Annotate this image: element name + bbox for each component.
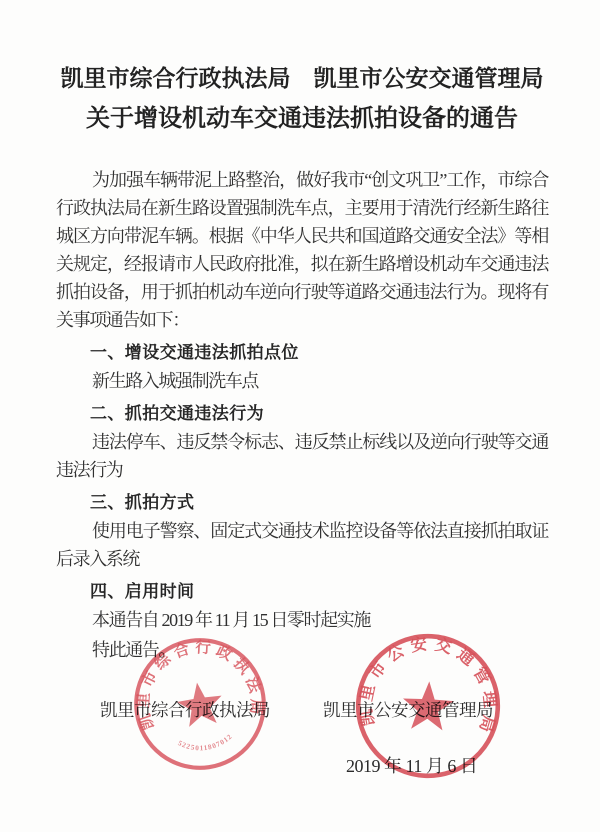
document-title-subject: 关于增设机动车交通违法抓拍设备的通告: [56, 102, 548, 136]
section-2-heading: 二、抓拍交通违法行为: [56, 400, 548, 428]
closing-statement: 特此通告。: [56, 636, 548, 664]
section-2-body: 违法停车、违反禁令标志、违反禁止标线以及逆向行驶等交通违法行为: [56, 428, 548, 484]
intro-paragraph: 为加强车辆带泥上路整治，做好我市“创文巩卫”工作，市综合行政执法局在新生路设置强…: [56, 166, 548, 334]
signature-right-agency: 凯里市公安交通管理局: [323, 696, 493, 724]
section-4-heading: 四、启用时间: [56, 578, 548, 606]
signature-row: 凯里市综合行政执法局 凯里市公安交通管理局: [56, 696, 548, 724]
section-1-body: 新生路入城强制洗车点: [56, 367, 548, 395]
document-content: 凯里市综合行政执法局 凯里市公安交通管理局 关于增设机动车交通违法抓拍设备的通告…: [56, 62, 548, 780]
section-3-body: 使用电子警察、固定式交通技术监控设备等依法直接抓拍取证后录入系统: [56, 517, 548, 573]
signature-left-agency: 凯里市综合行政执法局: [100, 696, 270, 724]
section-1-heading: 一、增设交通违法抓拍点位: [56, 339, 548, 367]
notice-document-page: 凯里市综合行政执法局 凯里市公安交通管理局 关于增设机动车交通违法抓拍设备的通告…: [0, 0, 600, 832]
document-title-agencies: 凯里市综合行政执法局 凯里市公安交通管理局: [56, 62, 548, 96]
section-4-body: 本通告自 2019 年 11 月 15 日零时起实施: [56, 606, 548, 634]
section-3-heading: 三、抓拍方式: [56, 489, 548, 517]
issue-date: 2019 年 11 月 6 日: [346, 752, 548, 780]
